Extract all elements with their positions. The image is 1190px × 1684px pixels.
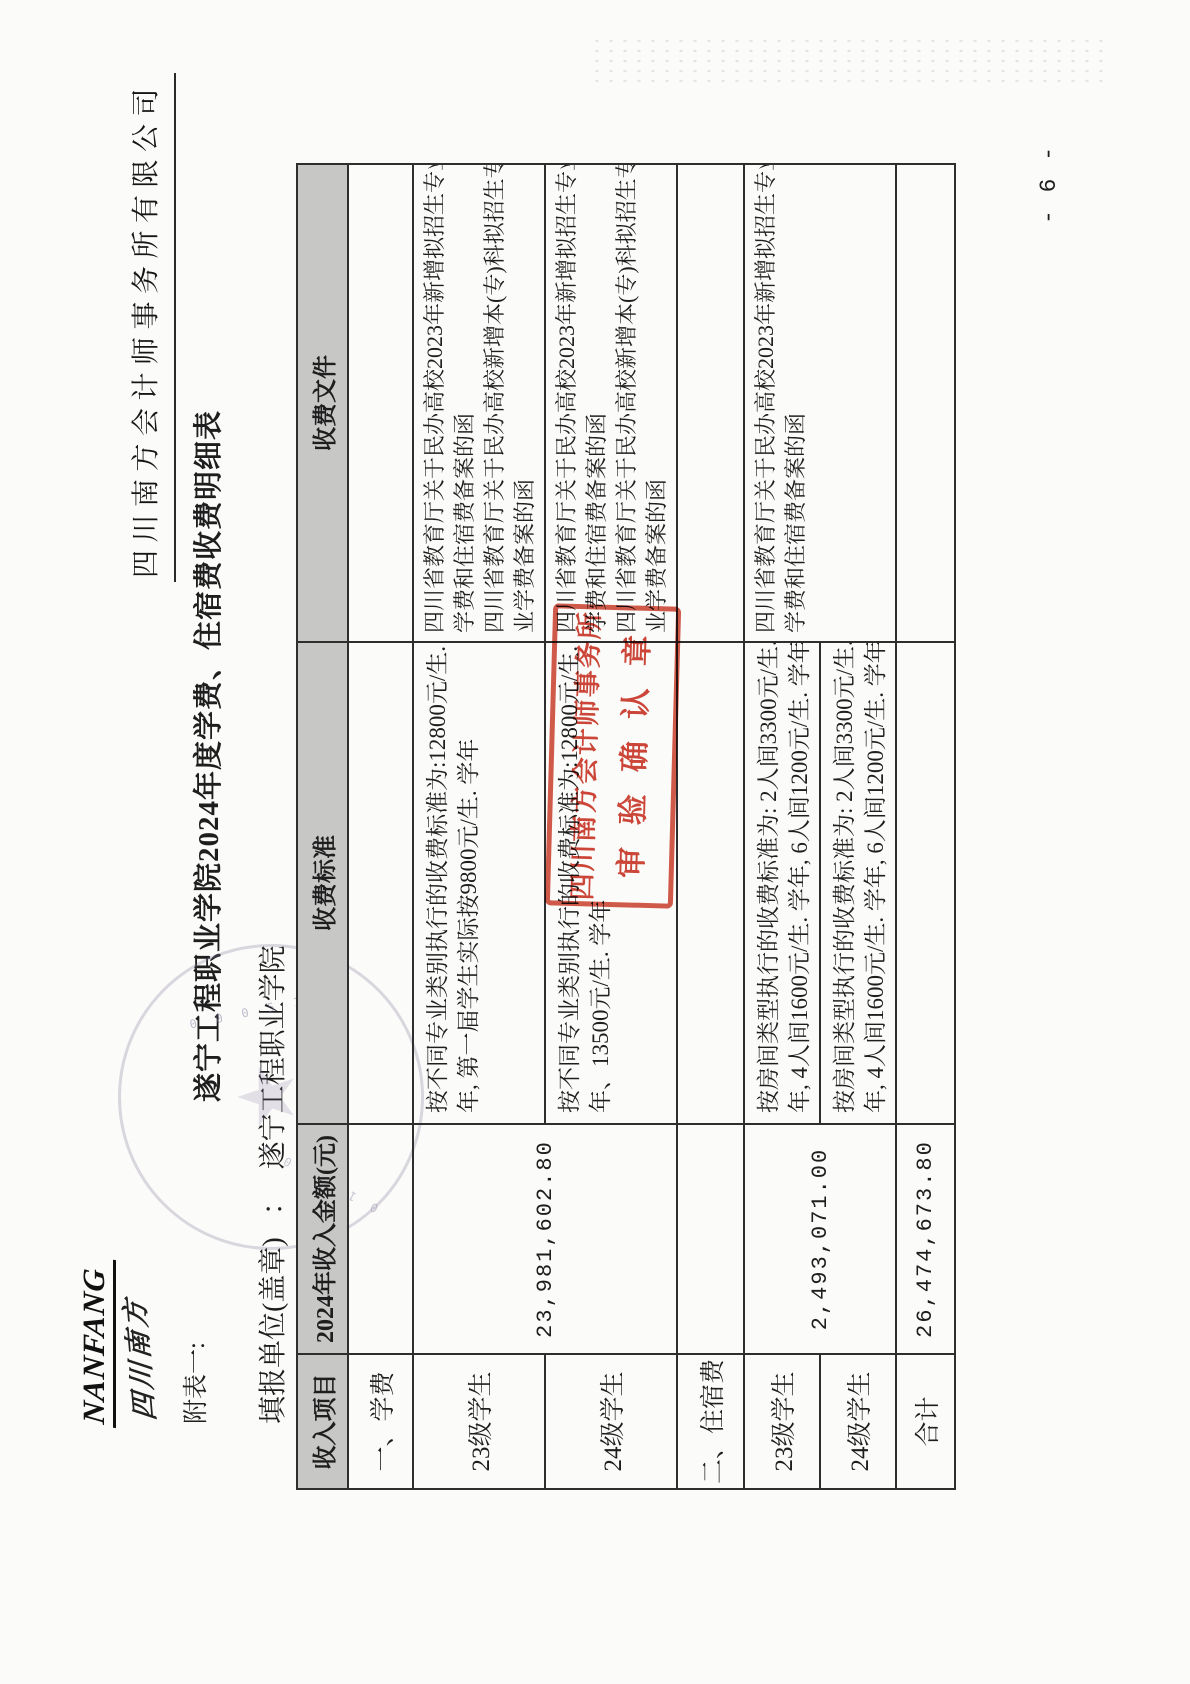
housing-grade23-label: 23级学生 xyxy=(744,1354,820,1489)
housing-section-label: 二、住宿费 xyxy=(677,1354,744,1489)
table-header-row: 收入项目 2024年收入金额(元) 收费标准 收费文件 xyxy=(297,164,348,1489)
tuition-section-amount-empty xyxy=(348,1124,413,1354)
header-fee-document: 收费文件 xyxy=(297,164,348,642)
company-name: 四川南方会计师事务所有限公司 xyxy=(124,73,176,582)
form-unit-colon: ： xyxy=(258,1187,289,1215)
nanfang-logo-script: 四川南方 xyxy=(112,1295,162,1422)
form-unit-line: 填报单位(盖章)：遂宁工程职业学院 xyxy=(251,945,291,1424)
header-amount-2024: 2024年收入金额(元) xyxy=(297,1124,348,1354)
nanfang-logo: NANFANG 四川南方 xyxy=(76,1206,157,1426)
tuition-grade23-label: 23级学生 xyxy=(413,1354,545,1489)
housing-grade23-standard: 按房间类型执行的收费标准为: 2人间3300元/生. 学 年, 4人间1600元… xyxy=(744,642,820,1124)
total-amount: 26,474,673.80 xyxy=(896,1124,955,1354)
total-row: 合计 26,474,673.80 xyxy=(896,164,955,1489)
tuition-grade24-document: 四川省教育厅关于民办高校2023年新增拟招生专业 学费和住宿费备案的函 四川省教… xyxy=(545,164,677,642)
housing-section-row: 二、住宿费 xyxy=(677,164,744,1489)
tuition-section-row: 一、学费 xyxy=(348,164,413,1489)
scanned-document-viewport: NANFANG 四川南方 四川南方会计师事务所有限公司 附表一: 遂宁工程职业学… xyxy=(0,0,1190,1684)
red-stamp-firm-name: 四川南方会计师事务所 xyxy=(560,609,607,902)
housing-amount: 2,493,071.00 xyxy=(744,1124,896,1354)
header-income-item: 收入项目 xyxy=(297,1354,348,1489)
document-title: 遂宁工程职业学院2024年度学费、住宿费收费明细表 xyxy=(186,410,227,1102)
housing-document: 四川省教育厅关于民办高校2023年新增拟招生专业 学费和住宿费备案的函 xyxy=(744,164,896,642)
nanfang-logo-wordmark: NANFANG xyxy=(76,1256,116,1428)
tuition-amount: 23,981,602.80 xyxy=(413,1124,677,1354)
total-label: 合计 xyxy=(896,1354,955,1489)
page-number: - 6 - xyxy=(1036,145,1062,224)
tuition-grade23-document: 四川省教育厅关于民办高校2023年新增拟招生专业 学费和住宿费备案的函 四川省教… xyxy=(413,164,545,642)
housing-section-document-empty xyxy=(677,164,744,642)
appendix-label: 附表一: xyxy=(176,1342,212,1424)
housing-grade24-standard: 按房间类型执行的收费标准为: 2人间3300元/生. 学 年, 4人间1600元… xyxy=(820,642,896,1124)
form-unit-label: 填报单位(盖章) xyxy=(258,1237,289,1424)
housing-section-standard-empty xyxy=(677,642,744,1124)
total-standard-empty xyxy=(896,642,955,1124)
housing-grade24-label: 24级学生 xyxy=(820,1354,896,1489)
tuition-section-standard-empty xyxy=(348,642,413,1124)
tuition-grade23-row: 23级学生 23,981,602.80 按不同专业类别执行的收费标准为:1280… xyxy=(413,164,545,1489)
scan-noise-artifact xyxy=(590,34,1110,86)
auditor-red-stamp: 四川南方会计师事务所 审验确认章 xyxy=(545,603,681,908)
tuition-grade24-label: 24级学生 xyxy=(545,1354,677,1489)
tuition-grade23-standard: 按不同专业类别执行的收费标准为:12800元/生. 学 年, 第一届学生实际按9… xyxy=(413,642,545,1124)
housing-section-amount-empty xyxy=(677,1124,744,1354)
total-document-empty xyxy=(896,164,955,642)
tuition-section-label: 一、学费 xyxy=(348,1354,413,1489)
housing-grade23-row: 23级学生 2,493,071.00 按房间类型执行的收费标准为: 2人间330… xyxy=(744,164,820,1489)
header-fee-standard: 收费标准 xyxy=(297,642,348,1124)
form-unit-value: 遂宁工程职业学院 xyxy=(258,945,289,1169)
red-stamp-confirm-text: 审验确认章 xyxy=(605,588,659,903)
document-page: NANFANG 四川南方 四川南方会计师事务所有限公司 附表一: 遂宁工程职业学… xyxy=(0,0,1190,1684)
tuition-section-document-empty xyxy=(348,164,413,642)
